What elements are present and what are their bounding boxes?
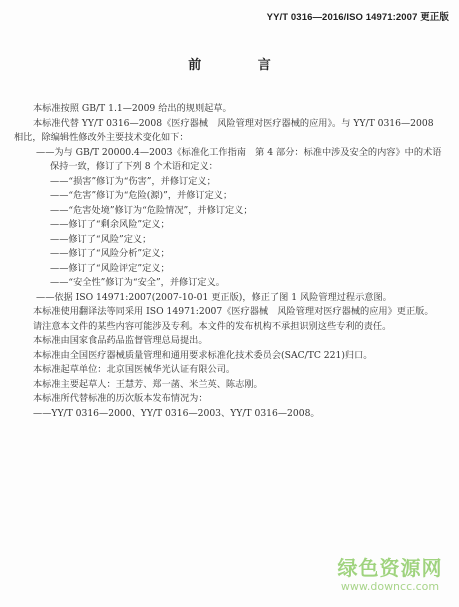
sublist-item-residual-risk: ——修订了“剩余风险”定义； (50, 219, 170, 231)
watermark: 绿色资源网 www.downcc.com (320, 556, 459, 594)
paragraph-drafting-rules: 本标准按照 GB/T 1.1—2009 给出的规则起草。 (33, 103, 232, 115)
list-item-previous-editions: ——YY/T 0316—2000、YY/T 0316—2003、YY/T 031… (33, 408, 320, 420)
paragraph-replaces: 本标准代替 YY/T 0316—2008《医疗器械 风险管理对医疗器械的应用》。… (33, 118, 434, 130)
list-item-terms-alignment-cont: 保持一致，修订了下列 8 个术语和定义： (50, 161, 218, 173)
paragraph-translation-method: 本标准使用翻译法等同采用 ISO 14971:2007《医疗器械 风险管理对医疗… (33, 306, 434, 318)
sublist-item-risk: ——修订了“风险”定义； (50, 234, 151, 246)
sublist-item-hazardous-situation: ——“危害处境”修订为“危险情况”，并修订定义； (50, 205, 253, 217)
paragraph-drafting-organization: 本标准起草单位：北京国医械华光认证有限公司。 (33, 364, 235, 376)
paragraph-history-intro: 本标准所代替标准的历次版本发布情况为： (33, 393, 208, 405)
paragraph-patent-notice: 请注意本文件的某些内容可能涉及专利。本文件的发布机构不承担识别这些专利的责任。 (33, 321, 391, 333)
paragraph-drafters: 本标准主要起草人：王慧芳、郑一菡、米兰英、陈志刚。 (33, 379, 263, 391)
sublist-item-safety: ——“安全性”修订为“安全”，并修订定义。 (50, 277, 225, 289)
sublist-item-harm: ——“损害”修订为“伤害”，并修订定义； (50, 176, 216, 188)
paragraph-replaces-cont: 相比，除编辑性修改外主要技术变化如下： (14, 132, 189, 144)
sublist-item-hazard: ——“危害”修订为“危险(源)”，并修订定义； (50, 190, 232, 202)
list-item-terms-alignment: ——为与 GB/T 20000.4—2003《标准化工作指南 第 4 部分：标准… (36, 147, 441, 159)
list-item-figure-correction: ——依据 ISO 14971:2007(2007-10-01 更正版)，修正了图… (36, 292, 392, 304)
page-title: 前 言 (0, 54, 459, 73)
paragraph-technical-committee: 本标准由全国医疗器械质量管理和通用要求标准化技术委员会(SAC/TC 221)归… (33, 350, 372, 362)
document-header-standard-id: YY/T 0316—2016/ISO 14971:2007 更正版 (267, 9, 449, 23)
sublist-item-risk-evaluation: ——修订了“风险评定”定义； (50, 263, 170, 275)
watermark-title: 绿色资源网 (320, 556, 459, 580)
paragraph-proposed-by: 本标准由国家食品药品监督管理总局提出。 (33, 335, 208, 347)
sublist-item-risk-analysis: ——修订了“风险分析”定义； (50, 248, 170, 260)
watermark-url: www.downcc.com (320, 580, 459, 594)
